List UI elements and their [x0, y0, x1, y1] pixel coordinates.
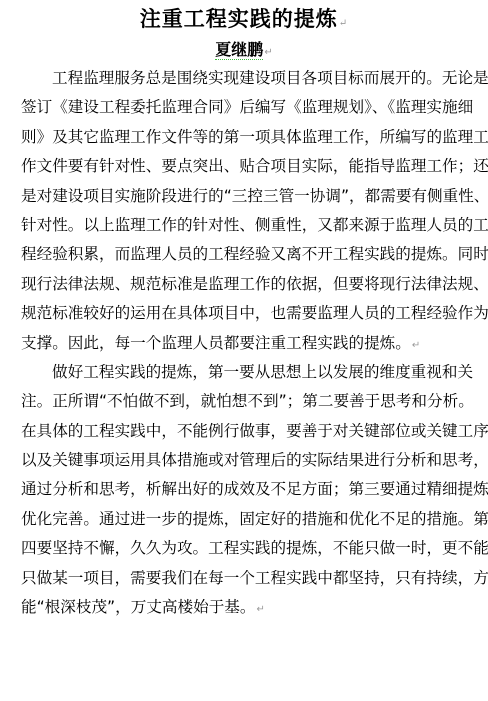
text-line: 程经验积累，而监理人员的工程经验又离不开工程实践的提炼。同时: [21, 240, 467, 269]
text-line: 现行法律法规、规范标准是监理工作的依据，但要将现行法律法规、: [21, 270, 467, 299]
paragraph-mark-icon: ↵: [256, 604, 264, 615]
text-line: 在具体的工程实践中，不能例行做事，要善于对关键部位或关键工序: [21, 417, 467, 446]
paragraph-mark-icon: ↵: [339, 18, 348, 29]
text-line: 四要坚持不懈，久久为攻。工程实践的提炼，不能只做一时，更不能: [21, 534, 467, 563]
text-line: 则》及其它监理工作文件等的第一项具体监理工作，所编写的监理工: [21, 123, 467, 152]
text-line: 优化完善。通过进一步的提炼，固定好的措施和优化不足的措施。第: [21, 505, 467, 534]
text-line-last: 支撑。因此，每一个监理人员都要注重工程实践的提炼。↵: [21, 329, 467, 358]
text-line: 是对建设项目实施阶段进行的“三控三管一协调”，都需要有侧重性、: [21, 182, 467, 211]
text-line: 工程监理服务总是围绕实现建设项目各项目标而展开的。无论是: [21, 64, 467, 93]
text-line-last: 能“根深枝茂”，万丈高楼始于基。↵: [21, 593, 467, 622]
text-line: 通过分析和思考，析解出好的成效及不足方面；第三要通过精细提炼，: [21, 475, 467, 504]
text-line-content: 支撑。因此，每一个监理人员都要注重工程实践的提炼。: [21, 334, 411, 352]
text-line: 签订《建设工程委托监理合同》后编写《监理规划》、《监理实施细: [21, 93, 467, 122]
text-line: 注。正所谓“不怕做不到，就怕想不到”；第二要善于思考和分析。: [21, 387, 467, 416]
text-line: 作文件要有针对性、要点突出、贴合项目实际，能指导监理工作；还: [21, 152, 467, 181]
text-line: 以及关键事项运用具体措施或对管理后的实际结果进行分析和思考，: [21, 446, 467, 475]
paragraph-2: 做好工程实践的提炼，第一要从思想上以发展的维度重视和关 注。正所谓“不怕做不到，…: [21, 358, 467, 623]
paragraph-1: 工程监理服务总是围绕实现建设项目各项目标而展开的。无论是 签订《建设工程委托监理…: [21, 64, 467, 358]
text-line: 规范标准较好的运用在具体项目中，也需要监理人员的工程经验作为: [21, 299, 467, 328]
paragraph-mark-icon: ↵: [264, 47, 272, 58]
document-title: 注重工程实践的提炼↵: [0, 4, 488, 39]
document-body: 工程监理服务总是围绕实现建设项目各项目标而展开的。无论是 签订《建设工程委托监理…: [21, 64, 467, 622]
paragraph-mark-icon: ↵: [412, 340, 420, 351]
text-line: 针对性。以上监理工作的针对性、侧重性，又都来源于监理人员的工: [21, 211, 467, 240]
text-line: 只做某一项目，需要我们在每一个工程实践中都坚持，只有持续，方: [21, 564, 467, 593]
author-name: 夏继鹏: [215, 40, 263, 60]
text-line-content: 能“根深枝茂”，万丈高楼始于基。: [21, 598, 255, 616]
text-line: 做好工程实践的提炼，第一要从思想上以发展的维度重视和关: [21, 358, 467, 387]
document-author: 夏继鹏↵: [0, 38, 488, 65]
title-text: 注重工程实践的提炼: [140, 6, 338, 31]
